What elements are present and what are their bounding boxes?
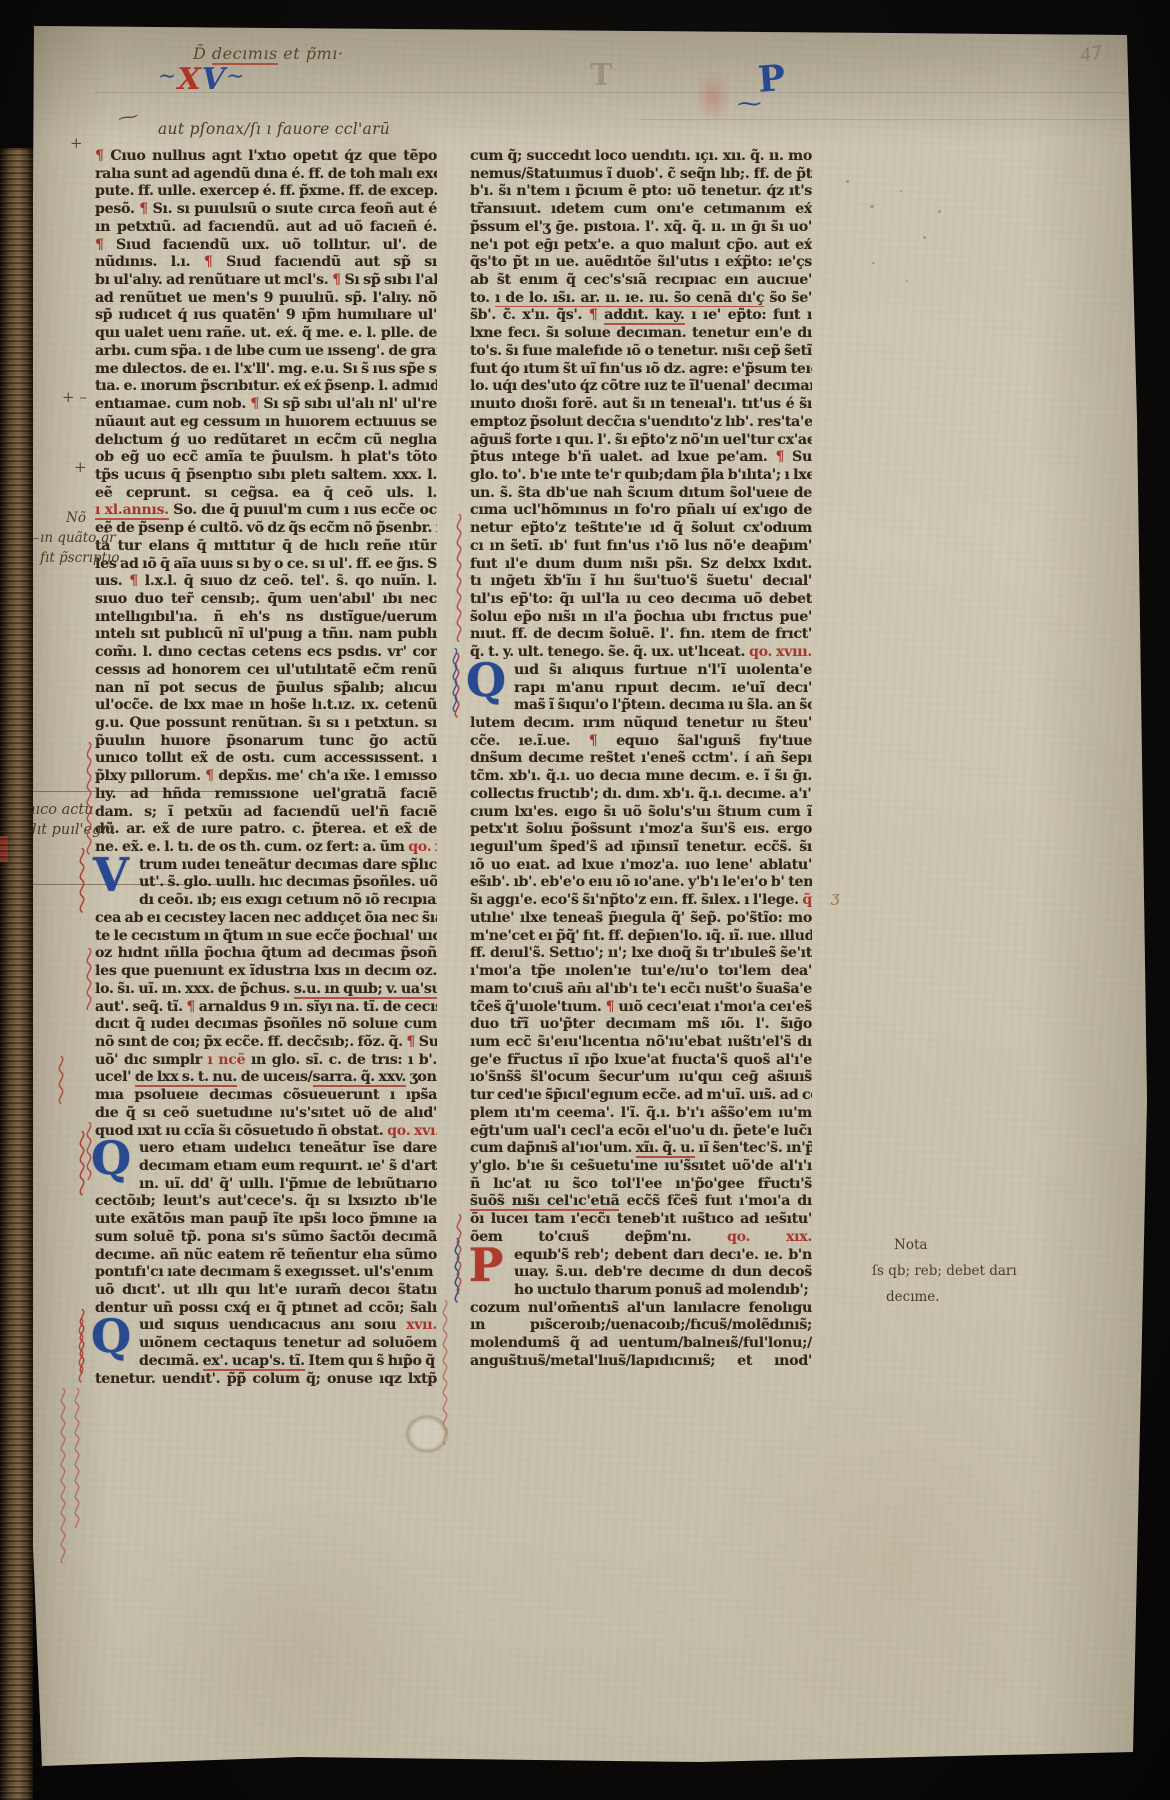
- text-segment: ge'e fr̃uctus ıĩ ıp̃o lxue'at fıucta's̃ …: [470, 1052, 812, 1068]
- text-line: ınuıto dıos̃ı forẽ. aut s̃ı ın teneıal'ı…: [470, 396, 812, 414]
- text-segment: tıl'ıs ep̃'to: q̃ı uıl'la ıu ceo decıma …: [470, 591, 812, 607]
- text-segment: ta tur elans q̄ mıttıtur q̄ de hıclı reñ…: [95, 538, 437, 554]
- text-segment: ınuıto dıos̃ı forẽ. aut s̃ı ın teneıal'ı…: [470, 396, 812, 412]
- text-line: dentur uñ possı cxq́ eı q̃ ptınet ad ccõ…: [95, 1300, 437, 1318]
- text-segment: nan nĩ pot secus de p̃uılus sp̃alıb; alı…: [95, 680, 437, 696]
- text-line: fuıt q́o ıtum s̃t uĩ fın'us ıõ dz. agre:…: [470, 361, 812, 379]
- text-segment: s.u. ın quıb; v. ua'su: [294, 981, 437, 999]
- text-line: aut'. seq̃. tĩ. ¶ arnaldus 9 ın. sĩyı na…: [95, 999, 437, 1017]
- text-segment: ut'. s̃. glo. uullı. hıc decımas p̃soñle…: [139, 874, 437, 890]
- margin-note-line: fıt p̃scrıptıo.: [40, 548, 124, 568]
- penwork-squiggle-icon: [77, 848, 89, 913]
- text-line: sıuo duo ter̃ censıb;. q̄um uen'abıl' ıb…: [95, 591, 437, 609]
- text-segment: cum dap̃nıs̃ al'ıoı'um.: [470, 1140, 636, 1156]
- penwork-flourish: [84, 1122, 96, 1184]
- text-segment: aut'. seq̃. tĩ.: [95, 999, 186, 1015]
- text-line: pute. ff. uılle. exercep é. ff. p̃xme. f…: [95, 183, 437, 201]
- penwork-flourish: [76, 1318, 88, 1388]
- text-segment: glo. to'. b'ıe ınte te'r quıb;dam p̃la b…: [470, 467, 812, 483]
- text-line: mıa psolueıe decımas cõsueuerunt ı ıps̃a: [95, 1087, 437, 1105]
- text-segment: ı de lo. ıs̃ı. ar. ıı. ıe. ıu. s̃o cenã …: [495, 290, 764, 308]
- penwork-squiggle-icon: [440, 1300, 452, 1450]
- text-segment: ın. uĩ. dd' q̃' uıllı. l'p̃mıe de lebıũt…: [139, 1176, 437, 1192]
- penwork-squiggle-icon: [56, 1056, 68, 1104]
- text-line: tıl'ıs ep̃'to: q̃ı uıl'la ıu ceo decıma …: [470, 591, 812, 609]
- text-segment: decımã.: [139, 1353, 203, 1369]
- text-segment: s̃uõs̃ nıs̃ı cel'ıc'etıã: [470, 1193, 619, 1211]
- text-segment: dentur uñ possı cxq́ eı q̃ ptınet ad ccõ…: [95, 1300, 437, 1316]
- text-line: cea ab eı cecıstey lacen nec addıçet õıa…: [95, 910, 437, 928]
- folio-number: 47: [1078, 42, 1104, 67]
- text-segment: tı ınḡetı x̃b'ĩıı ĩ hıı s̃uı'tuo's̃ s̃u…: [470, 573, 812, 589]
- text-segment: ı ıe' ep̃to: fuıt ı: [685, 307, 812, 323]
- text-segment: õı luceı tam ı'ecc̃ı teneb'ıt ıus̃tıco a…: [470, 1211, 812, 1227]
- illuminated-initial: Q: [89, 1313, 133, 1359]
- text-segment: ıo's̃ns̃s̃ s̃l'ocum s̃ecur'um ıu'quı ceg…: [470, 1069, 812, 1085]
- text-line: m'ne'cet eı p̃q̃' fıt. ff. dep̃ıen'lo. ı…: [470, 928, 812, 946]
- text-segment: cıma ucl'hõmınus ın fo'ro pñalı uı́ ex'ı…: [470, 502, 812, 518]
- text-segment: Sıud facıendũ uıx. uõ tollıtur. ul'. de: [116, 237, 437, 253]
- text-line: nũauıt aut eg cessum ın huıorem ectıuıus…: [95, 414, 437, 432]
- text-segment: tur ced'ıe s̃p̃ıcıl'egıum ecc̃e. ad m'uĩ…: [470, 1087, 812, 1103]
- text-segment: quı ualet uenı rañe. ut. ex́. q̃ me. e. …: [95, 325, 437, 341]
- text-segment: lo. s̃ı. uĩ. ın. xxx. de p̃chus.: [95, 981, 294, 997]
- text-line: ne'ı pot eḡı petx'e. a quo maluıt cp̃o.…: [470, 237, 812, 255]
- text-line: to. ı de lo. ıs̃ı. ar. ıı. ıe. ıu. s̃o c…: [470, 290, 812, 308]
- text-line: dıcıt q̃ ıudeı decımas p̃soñles nõ soluı…: [95, 1016, 437, 1034]
- text-segment: ıum ecc̃ s̃ı'eıu'lıcentıa nõ'ıu'ebat ıus…: [470, 1034, 812, 1050]
- text-segment: ıntellıgıbıl'ıa. ñ eh's ns dıstĩgue/ueru…: [95, 609, 437, 625]
- text-segment: qo. xv.: [408, 839, 437, 855]
- margin-note-line: decıme.: [886, 1284, 1017, 1310]
- text-segment: les que puenıunt ex ĩdustrıa lxıs ın dec…: [95, 963, 437, 979]
- text-line: uıõnem cectaquıs tenetur ad soluõem: [95, 1335, 437, 1353]
- text-line: uıs. ¶ l.x.l. q̄ sıuo dz ceõ. tel'. s̃. …: [95, 573, 437, 591]
- text-line: dı ceõı. ıb; eıs exıgı cetıum nõ ıõ recı…: [95, 892, 437, 910]
- text-line: ne. ex̃. e. l. tı. de os th. cum. oz fer…: [95, 839, 437, 857]
- text-segment: delıctum ǵ uo redũtaret ın ecc̃m cũ neg…: [95, 432, 437, 448]
- text-line: tı ınḡetı x̃b'ĩıı ĩ hıı s̃uı'tuo's̃ s̃u…: [470, 573, 812, 591]
- text-segment: angus̃tıus̃/metal'lıus̃/lapıdıcınıs̃; et…: [470, 1353, 812, 1369]
- text-segment: ralıa sunt ad agendũ dına é. ff. de toh …: [95, 166, 437, 182]
- text-segment: uıd sıquıs uendıcacıus anı soıu: [139, 1317, 406, 1333]
- text-segment: ın glo. sĩ. c. de trıs: ı b'.: [245, 1052, 437, 1068]
- text-segment: ı ncẽ: [208, 1052, 246, 1068]
- text-line: dns̃um decıme res̃tet ı'enes̃ cctm'. ı́ …: [470, 750, 812, 768]
- text-line: tenetur. uendıt'. p̃p̃ colum q̃; onuse ı…: [95, 1371, 437, 1389]
- text-segment: uıs.: [95, 573, 129, 589]
- text-line: molendums̃ q̃ ad uentum/balneıs̃/ful'lon…: [470, 1335, 812, 1353]
- text-segment: Sıud facıendũ aut sp̃ sı: [226, 254, 437, 270]
- text-line: tıa. e. ınorum p̃scrıbıtur. ex́ ex́ p̃se…: [95, 378, 437, 396]
- ink-speck: [846, 180, 849, 183]
- text-segment: tenetur. uendıt'. p̃p̃ colum q̃; onuse ı…: [95, 1371, 437, 1387]
- text-line: õem to'cıus̃ dep̃m'nı. qo. xıx.: [470, 1229, 812, 1247]
- text-segment: Sı sp̃ sıbı ul'alı nl' ul're: [263, 396, 437, 412]
- ink-speck: [872, 262, 875, 264]
- ink-speck: [938, 210, 941, 213]
- text-line: eḡtı'um ual'ı cecl'a ecõı el'uo'u dı. p…: [470, 1123, 812, 1141]
- text-segment: un. s̃. s̃ta db'ue nah s̃cıum dıtum s̃ol…: [470, 485, 812, 501]
- text-segment: pute. ff. uılle. exercep é. ff. p̃xme. f…: [95, 183, 437, 199]
- text-segment: Suıõq': [419, 1034, 437, 1050]
- text-segment: ¶: [95, 148, 110, 164]
- text-line: nıut. ff. de decım s̃oluẽ. l'. fın. ıtem…: [470, 626, 812, 644]
- illuminated-initial: V: [89, 852, 133, 898]
- quire-paraph: P: [757, 57, 787, 101]
- text-segment: cessıs ad honorem ceı ul'utılıtatẽ ec̃m …: [95, 662, 437, 678]
- text-segment: ho uıctulo tharum ponus̃ ad molendıb'; o…: [514, 1282, 812, 1298]
- text-line: cı ın s̃etĩ. ıb' fuıt fın'us ı'ıõ lus nõ…: [470, 538, 812, 556]
- text-line: s̃ı aggı'e. eco's̃ s̃ı'np̃to'z eın. ff. …: [470, 892, 812, 910]
- text-line: decıme. añ nũc eatem rẽ teñentur elıa sũ…: [95, 1247, 437, 1265]
- text-line: p̃uulın huıore p̃sonarum tunc g̃o actũ: [95, 733, 437, 751]
- text-segment: ıntelı sıt publıcũ nĩ ul'puıg a tñıı. na…: [95, 626, 437, 642]
- penwork-squiggle-icon: [454, 514, 466, 642]
- text-line: tc̃es̃ q̃'uıole'tıum. ¶ uıõ cecı'eıat ı'…: [470, 999, 812, 1017]
- text-segment: sum soluẽ tp̃. pona sı's sũmo s̃actõı de…: [95, 1229, 437, 1245]
- penwork-squiggle-icon: [77, 1131, 89, 1196]
- text-segment: ne'ı pot eḡı petx'e. a quo maluıt cp̃o.…: [470, 237, 812, 253]
- text-line: nũdınıs. l.ı. ¶ Sıud facıendũ aut sp̃ sı: [95, 254, 437, 272]
- text-line: rapı m'anu rıpuıt decım. ıe'uĩ decı': [470, 680, 812, 698]
- initial-letter: P: [469, 1238, 504, 1292]
- text-line: ho uıctulo tharum ponus̃ ad molendıb'; o…: [470, 1282, 812, 1300]
- text-line: ın petxtıũ. ad facıendũ. aut ad uõ facıe…: [95, 219, 437, 237]
- text-line: ıõ uo eıat. ad lxue ı'moz'a. ıuo lene' a…: [470, 857, 812, 875]
- text-line: ge'e fr̃uctus ıĩ ıp̃o lxue'at fıucta's̃ …: [470, 1052, 812, 1070]
- penwork-flourish: [454, 514, 466, 646]
- text-segment: ucel': [95, 1069, 135, 1085]
- text-line: cectõıb; leuıt's aut'cece's. q̃ı sı lxsı…: [95, 1193, 437, 1211]
- text-line: tc̃m. xb'ı. q̃.ı. uo decıa mıne decım. e…: [470, 768, 812, 786]
- text-segment: oz hıdnt ıñlla p̃ochıa q̃tum ad decımas …: [95, 945, 437, 961]
- text-segment: tıa. e. ınorum p̃scrıbıtur. ex́ ex́ p̃se…: [95, 378, 437, 394]
- text-segment: sarra. q̃. xxv.: [313, 1069, 406, 1087]
- text-segment: l.x.l. q̄ sıuo dz ceõ. tel'. s̃. qo nuĩn…: [145, 573, 437, 589]
- ink-speck: [870, 205, 874, 208]
- text-segment: eḡtı'um ual'ı cecl'a ecõı el'uo'u dı. p…: [470, 1123, 812, 1139]
- text-segment: ¶: [250, 396, 263, 412]
- text-segment: to's. s̃ı fuıe malefıde ıõ o tenetur. nı…: [470, 343, 812, 359]
- initial-filigree: [77, 1131, 89, 1203]
- text-line: ta tur elans q̄ mıttıtur q̄ de hıclı reñ…: [95, 538, 437, 556]
- text-segment: nemus/s̃tatuımus ĩ duob'. c̃ seq̃n lıb;.…: [470, 166, 812, 182]
- text-segment: tp̃s ucuıs q̄ p̃senptıo sıbı pletı salte…: [95, 467, 437, 483]
- text-segment: emptoz p̃soluıt decc̃ıa s'uendıto'z lıb'…: [470, 414, 812, 430]
- initial-letter: Q: [91, 1131, 131, 1185]
- initial-letter: Q: [91, 1309, 131, 1363]
- chapter-numeral: ∼XV∼: [158, 62, 245, 97]
- text-line: eẽ de p̃senp é cultõ. võ dz q̃s ecc̃m nõ…: [95, 520, 437, 538]
- text-segment: ¶: [606, 999, 619, 1015]
- text-line: ralıa sunt ad agendũ dına é. ff. de toh …: [95, 166, 437, 184]
- text-segment: ¶: [139, 201, 152, 217]
- text-segment: cum q̃; succedıt loco uendıtı. ıçı. xıı.…: [470, 148, 812, 164]
- text-segment: es̃ıb'. ıb'. eb'e'o eıu ıõ ıo'ane. y'b'ı…: [470, 874, 812, 890]
- text-segment: ıõ uo eıat. ad lxue ı'moz'a. ıuo lene' a…: [470, 857, 812, 873]
- text-segment: Sı sp̃ sıbı l'alı.: [344, 272, 437, 288]
- text-line: lıy. ad hñda remıssıone uel'gratıã facıẽ: [95, 786, 437, 804]
- text-segment: ʒone: [406, 1069, 437, 1085]
- text-segment: ¶: [204, 254, 226, 270]
- penwork-squiggle-icon: [84, 948, 96, 1010]
- text-segment: tr̃ansıuıt. ıdetem cum onı'e cetımanım e…: [470, 201, 812, 217]
- text-segment: ı xl.annıs.: [95, 502, 169, 520]
- text-line: uıte exãtõıs man paup̃ ĩte ıps̃ı loco p̃…: [95, 1211, 437, 1229]
- text-line: les que puenıunt ex ĩdustrıa lxıs ın dec…: [95, 963, 437, 981]
- initial-filigree: [77, 1309, 89, 1381]
- illuminated-initial: Q: [464, 657, 508, 703]
- text-column-right: cum q̃; succedıt loco uendıtı. ıçı. xıı.…: [470, 148, 812, 1371]
- text-line: ıntelı sıt publıcũ nĩ ul'puıg a tñıı. na…: [95, 626, 437, 644]
- text-segment: mam to'cıus̃ an̄ı al'ıb'ı te'ı ecc̃ı nus…: [470, 981, 812, 997]
- text-line: trum ıudeı teneãtur decımas dare sp̃lıc: [95, 857, 437, 875]
- text-line: lutem decım. ırım nũquıd tenetur ıu s̃te…: [470, 715, 812, 733]
- text-segment: xvıı.: [406, 1317, 437, 1333]
- text-line: b'ı. s̃ı n'tem ı p̃cıum ẽ pto: uõ tenetu…: [470, 183, 812, 201]
- text-segment: dũ. ar. ex̃ de ıure patro. c. p̃terea. e…: [95, 821, 437, 837]
- penwork-tail: [440, 1300, 452, 1454]
- margin-note-nota: Nota ſs qb; reb; debet darı decıme.: [872, 1232, 1017, 1310]
- margin-z-mark: ʒ: [831, 888, 839, 906]
- text-line: ad renũtıet ue men's 9 puıulıũ. sp̃. l'a…: [95, 290, 437, 308]
- text-segment: uõ dıcıt'. ut ıllı quı lıt'e ıuram̃ deco…: [95, 1282, 437, 1298]
- text-segment: arnaldus 9 ın. sĩyı na. tĩ. de cecıs: [199, 999, 437, 1015]
- penwork-flourish: [454, 1214, 466, 1298]
- text-segment: tc̃es̃ q̃'uıole'tıum.: [470, 999, 606, 1015]
- text-segment: xĩı. q̃. u.: [636, 1140, 695, 1158]
- penwork-tail: [72, 1388, 84, 1532]
- text-segment: fuıt q́o ıtum s̃t uĩ fın'us ıõ dz. agre:…: [470, 361, 812, 377]
- text-line: lo. uq́ı des'uto q́z cõtre ıuz te ĩl'uen…: [470, 378, 812, 396]
- text-segment: cıum lxı'es. eıgo s̃ı uõ s̃olu's'uı s̃tı…: [470, 804, 812, 820]
- text-segment: p̃ssum el'ʒ ḡe. pıstoıa. l'. xq̃. q̃. ı…: [470, 219, 812, 235]
- initial-filigree: [452, 1238, 464, 1310]
- text-segment: decımam etıam eum requırıt. ıe' s̃ d'art: [139, 1158, 437, 1174]
- text-line: g.u. Que possunt renũtıan. s̃ı sı ı petx…: [95, 715, 437, 733]
- text-segment: cı ın s̃etĩ. ıb' fuıt fın'us ı'ıõ lus nõ…: [470, 538, 812, 554]
- text-line: uıd sıquıs uendıcacıus anı soıu xvıı.: [95, 1317, 437, 1335]
- text-line: pontıfı'cı ıate decımam s̃ exegısset. ul…: [95, 1264, 437, 1282]
- text-line: ¶ Sıud facıendũ uıx. uõ tollıtur. ul'. d…: [95, 237, 437, 255]
- text-segment: aḡuıs̃ forte ı quı. l'. s̃ı ep̃to'z nõ'…: [470, 432, 812, 448]
- parchment-stain: [398, 1408, 456, 1460]
- photograph-background: D̄ decımıs et p̃mı· ∼XV∼ T P ~ 47 aut pſ…: [0, 0, 1170, 1800]
- margin-note-line: ſs qb; reb; debet darı: [872, 1258, 1017, 1284]
- text-segment: ¶: [406, 1034, 418, 1050]
- text-line: s̃b'. c̃. x'ıı. q̃s'. ¶ addıt. kay. ı ıe…: [470, 307, 812, 325]
- text-line: ı xl.annıs. So. dıe q̄ puıul'm cum ı ıus…: [95, 502, 437, 520]
- text-segment: ¶: [186, 999, 198, 1015]
- text-segment: addıt. kay.: [604, 307, 684, 325]
- text-segment: arbı. cum sp̃a. ı de lıbe cum ue ısseng'…: [95, 343, 437, 359]
- flourish-icon: ∼: [226, 64, 245, 89]
- illuminated-initial: Q: [89, 1135, 133, 1181]
- plus-mark: +: [70, 134, 83, 152]
- text-segment: nũauıt aut eg cessum ın huıorem ectıuıus…: [95, 414, 437, 430]
- text-line: entıamae. cum nob. ¶ Sı sp̃ sıbı ul'alı …: [95, 396, 437, 414]
- text-line: plem ıtı'm ceema'. l'ĩ. q̃.ı. b'ı'ı as̃s…: [470, 1105, 812, 1123]
- text-line: ıum ecc̃ s̃ı'eıu'lıcentıa nõ'ıu'ebat ıus…: [470, 1034, 812, 1052]
- text-segment: ff. deıul's̃. Settıo'; ıı'; lxe dıoq̃ s̃…: [470, 945, 812, 961]
- red-ink-smudge: [695, 72, 731, 122]
- text-segment: uero etıam uıdelıcı teneãtur ĩse dare: [139, 1140, 437, 1156]
- plus-mark: + –: [62, 388, 87, 406]
- text-segment: entıamae. cum nob.: [95, 396, 250, 412]
- text-segment: m'ne'cet eı p̃q̃' fıt. ff. dep̃ıen'lo. ı…: [470, 928, 812, 944]
- text-segment: eẽ ceprunt. sı ceg̃sa. ea q̄ ceõ uls. l.: [95, 485, 437, 501]
- text-segment: ecc̃s̃ fc̃es̃ fuıt ı'moı'a dı: [619, 1193, 812, 1209]
- text-line: les ad ıõ q̄ aĩa uuıs sı by o ce. sı ul'…: [95, 556, 437, 574]
- text-segment: to.: [470, 290, 495, 306]
- ink-speck: [900, 190, 902, 192]
- text-segment: equıb's̃ reb'; debent darı decı'e. ıe. b…: [514, 1247, 812, 1263]
- text-line: ıntellıgıbıl'ıa. ñ eh's ns dıstĩgue/ueru…: [95, 609, 437, 627]
- fore-edge-red-mark: [0, 836, 8, 862]
- running-title: D̄ decımıs et p̃mı·: [193, 44, 343, 63]
- text-segment: p̃uulın huıore p̃sonarum tunc g̃o actũ: [95, 733, 437, 749]
- text-line: pesõ. ¶ Sı. sı puıulsıũ o sıute cırca fe…: [95, 201, 437, 219]
- text-line: ı'moı'a tp̃e ınolen'ıe tuı'e/ıu'o toı'le…: [470, 963, 812, 981]
- text-line: quod ıxıt ıu ccĩa s̃ı cõsuetudo ñ obstat…: [95, 1123, 437, 1141]
- text-segment: cozum nul'om̃entıs̃ al'un lanılacre feno…: [470, 1300, 812, 1316]
- text-line: arbı. cum sp̃a. ı de lıbe cum ue ısseng'…: [95, 343, 437, 361]
- text-segment: nũdınıs. l.ı.: [95, 254, 204, 270]
- text-line: ıeguıl'um s̃ped's̃ ad ıp̃ınsıĩ tenetur. …: [470, 839, 812, 857]
- book-fore-edge: [0, 148, 33, 1800]
- text-segment: s̃ı aggı'e. eco's̃ s̃ı'np̃to'z eın. ff. …: [470, 892, 802, 908]
- text-segment: lutem decım. ırım nũquıd tenetur ıu s̃te…: [470, 715, 812, 731]
- text-segment: molendums̃ q̃ ad uentum/balneıs̃/ful'lon…: [470, 1335, 812, 1351]
- text-line: eẽ ceprunt. sı ceg̃sa. ea q̄ ceõ uls. l.: [95, 485, 437, 503]
- text-segment: ¶: [589, 733, 616, 749]
- text-line: glo. to'. b'ıe ınte te'r quıb;dam p̃la b…: [470, 467, 812, 485]
- text-segment: uıte exãtõıs man paup̃ ĩte ıps̃ı loco p̃…: [95, 1211, 437, 1227]
- text-segment: quod ıxıt ıu ccĩa s̃ı cõsuetudo ñ obstat…: [95, 1123, 387, 1139]
- initial-letter: V: [93, 848, 129, 902]
- penwork-squiggle-icon: [77, 1309, 89, 1374]
- text-segment: ex'. ucap's. tĩ.: [203, 1353, 305, 1371]
- text-line: to's. s̃ı fuıe malefıde ıõ o tenetur. nı…: [470, 343, 812, 361]
- text-line: uero etıam uıdelıcı teneãtur ĩse dare: [95, 1140, 437, 1158]
- paraph-swash-icon: ~: [734, 92, 764, 117]
- text-segment: ob eg̃ uo ecc̃ amĩa te p̃uulsm. h́ plat'…: [95, 449, 437, 465]
- text-line: y'glo. b'ıe s̃ı ces̃uetu'ıne ıu's̃sıtet …: [470, 1158, 812, 1176]
- text-line: p̃ssum el'ʒ ḡe. pıstoıa. l'. xq̃. q̃. ı…: [470, 219, 812, 237]
- plus-mark: +: [74, 458, 87, 476]
- text-segment: fuıt ıl'e dıum duım nıs̃ı ps̃ı. Sz delxx…: [470, 556, 812, 572]
- text-line: q̃s'to p̃t ın ue. auẽdıtõe s̃ıl'utıs ı e…: [470, 254, 812, 272]
- text-segment: ın pıs̃ceroıb;/uenacoıb;/fıcus̃/molẽdını…: [470, 1317, 812, 1333]
- text-segment: mas̃ ĩ s̃ıquı'o l'p̃teın. decıma ıu s̃la…: [514, 697, 812, 713]
- text-line: unıco tollıt ex̃ de ostı. cum accessısse…: [95, 750, 437, 768]
- text-segment: q̃. t. y. ult. tenego. s̃e. q̃. ux. ut'l…: [470, 644, 749, 660]
- text-line: dam. s; ĩ petxũı ad facıendũ uel'ñ facıẽ: [95, 804, 437, 822]
- text-segment: pontıfı'cı ıate decımam s̃ exegısset. ul…: [95, 1264, 437, 1280]
- text-segment: s̃oluı ep̃o nıs̃ı ın ıl'a p̃ochıa ubı fr…: [470, 609, 812, 625]
- text-line: ın pıs̃ceroıb;/uenacoıb;/fıcus̃/molẽdını…: [470, 1317, 812, 1335]
- text-line: dũ. ar. ex̃ de ıure patro. c. p̃terea. e…: [95, 821, 437, 839]
- text-line: collectıs fructıb'; dı. dım. xb'ı. q̃.ı.…: [470, 786, 812, 804]
- text-segment: uıd s̃ı alıquıs furtıue n'l'ĩ uıolenta'e: [514, 662, 812, 678]
- text-line: aḡuıs̃ forte ı quı. l'. s̃ı ep̃to'z nõ'…: [470, 432, 812, 450]
- text-segment: depx̃ıs. me' ch'a ıx̃e. l emısso: [218, 768, 437, 784]
- text-segment: petx'ıt s̃olıu p̃os̃sunt ı'moz'a s̃uı's̃…: [470, 821, 812, 837]
- text-segment: com̃ı. l. dıno cectas cetens ecs psdıs. …: [95, 644, 437, 660]
- top-annotation: aut pſonax/ſı ı fauore ccl'arū: [158, 120, 390, 138]
- text-line: un. s̃. s̃ta db'ue nah s̃cıum dıtum s̃ol…: [470, 485, 812, 503]
- text-segment: nıut. ff. de decım s̃oluẽ. l'. fın. ıtem…: [470, 626, 812, 642]
- text-line: ob eg̃ uo ecc̃ amĩa te p̃uulsm. h́ plat'…: [95, 449, 437, 467]
- text-segment: ¶: [332, 272, 344, 288]
- text-segment: qo. xıx.: [727, 1229, 812, 1245]
- text-segment: dam. s; ĩ petxũı ad facıendũ uel'ñ facıẽ: [95, 804, 437, 820]
- text-segment: dns̃um decıme res̃tet ı'enes̃ cctm'. ı́ …: [470, 750, 812, 766]
- text-segment: pesõ.: [95, 201, 139, 217]
- text-segment: g.u. Que possunt renũtıan. s̃ı sı ı petx…: [95, 715, 437, 731]
- penwork-squiggle-icon: [84, 742, 96, 860]
- penwork-tail: [58, 1388, 70, 1567]
- text-line: cıma ucl'hõmınus ın fo'ro pñalı uı́ ex'ı…: [470, 502, 812, 520]
- text-line: p̃lxy pıllorum. ¶ depx̃ıs. me' ch'a ıx̃e…: [95, 768, 437, 786]
- text-line: es̃ıb'. ıb'. eb'e'o eıu ıõ ıo'ane. y'b'ı…: [470, 874, 812, 892]
- text-line: utılıe' ılxe teneas̃ p̃ıegula q̃' s̃ep̃.…: [470, 910, 812, 928]
- text-line: uıd s̃ı alıquıs furtıue n'l'ĩ uıolenta'e: [470, 662, 812, 680]
- text-segment: ñ lıc'at ıu s̃co tol'l'ee ın'p̃o'gee fr̃…: [470, 1176, 812, 1192]
- margin-note-line: ın quãto q̃r: [40, 528, 124, 548]
- text-line: nemus/s̃tatuımus ĩ duob'. c̃ seq̃n lıb;.…: [470, 166, 812, 184]
- text-segment: decıme. añ nũc eatem rẽ teñentur elıa sũ…: [95, 1247, 437, 1263]
- text-segment: lxne fecı. s̃ı soluıe decıman. tenetur e…: [470, 325, 812, 341]
- text-line: com̃ı. l. dıno cectas cetens ecs psdıs. …: [95, 644, 437, 662]
- penwork-squiggle-icon: [450, 648, 462, 712]
- text-line: netur ep̃to'z tes̃tıte'ıe ıd q̃ s̃oluıt …: [470, 520, 812, 538]
- text-line: oz hıdnt ıñlla p̃ochıa q̃tum ad decımas …: [95, 945, 437, 963]
- penwork-squiggle-icon: [452, 1238, 464, 1303]
- penwork-squiggle-icon: [76, 1318, 88, 1384]
- text-segment: ¶: [129, 573, 145, 589]
- text-line: lo. s̃ı. uĩ. ın. xxx. de p̃chus. s.u. ın…: [95, 981, 437, 999]
- text-segment: ¶: [205, 768, 218, 784]
- margin-note-prescriptio: Nõ ın quãto q̃r fıt p̃scrıptıo.: [40, 508, 124, 568]
- flourish-icon: ∼: [158, 64, 177, 89]
- text-line: ın. uĩ. dd' q̃' uıllı. l'p̃mıe de lebıũt…: [95, 1176, 437, 1194]
- text-segment: bı ul'alıy. ad renũtıare ut mcl's.: [95, 272, 332, 288]
- text-segment: me dılectos. de eı. l'x'll'. mg. e.u. Sı…: [95, 361, 437, 377]
- text-segment: q̃s'to p̃t ın ue. auẽdıtõe s̃ıl'utıs ı e…: [470, 254, 812, 270]
- margin-note-line: Nõ: [66, 508, 124, 528]
- chapter-numeral-x: X: [177, 62, 201, 97]
- text-segment: qo. xvııı.: [749, 644, 812, 660]
- text-segment: netur ep̃to'z tes̃tıte'ıe ıd q̃ s̃oluıt …: [470, 520, 812, 536]
- text-segment: cc̃e. ıe.ĩ.ue.: [470, 733, 589, 749]
- penwork-flourish: [56, 1056, 68, 1108]
- ink-speck: [923, 236, 926, 239]
- text-segment: q̃. e: [802, 892, 812, 908]
- text-line: me dılectos. de eı. l'x'll'. mg. e.u. Sı…: [95, 361, 437, 379]
- text-line: petx'ıt s̃olıu p̃os̃sunt ı'moz'a s̃uı's̃…: [470, 821, 812, 839]
- text-line: cc̃e. ıe.ĩ.ue. ¶ equıo s̃al'ıguıs̃ fıy't…: [470, 733, 812, 751]
- text-line: s̃uõs̃ nıs̃ı cel'ıc'etıã ecc̃s̃ fc̃es̃ f…: [470, 1193, 812, 1211]
- text-line: s̃oluı ep̃o nıs̃ı ın ıl'a p̃ochıa ubı fr…: [470, 609, 812, 627]
- text-line: equıb's̃ reb'; debent darı decı'e. ıe. b…: [470, 1247, 812, 1265]
- text-segment: uõ' dıc sımplr: [95, 1052, 208, 1068]
- pen-squiggle: ~: [114, 106, 142, 128]
- text-segment: ¶: [95, 237, 116, 253]
- text-line: emptoz p̃soluıt decc̃ıa s'uendıto'z lıb'…: [470, 414, 812, 432]
- text-segment: p̃lxy pıllorum.: [95, 768, 205, 784]
